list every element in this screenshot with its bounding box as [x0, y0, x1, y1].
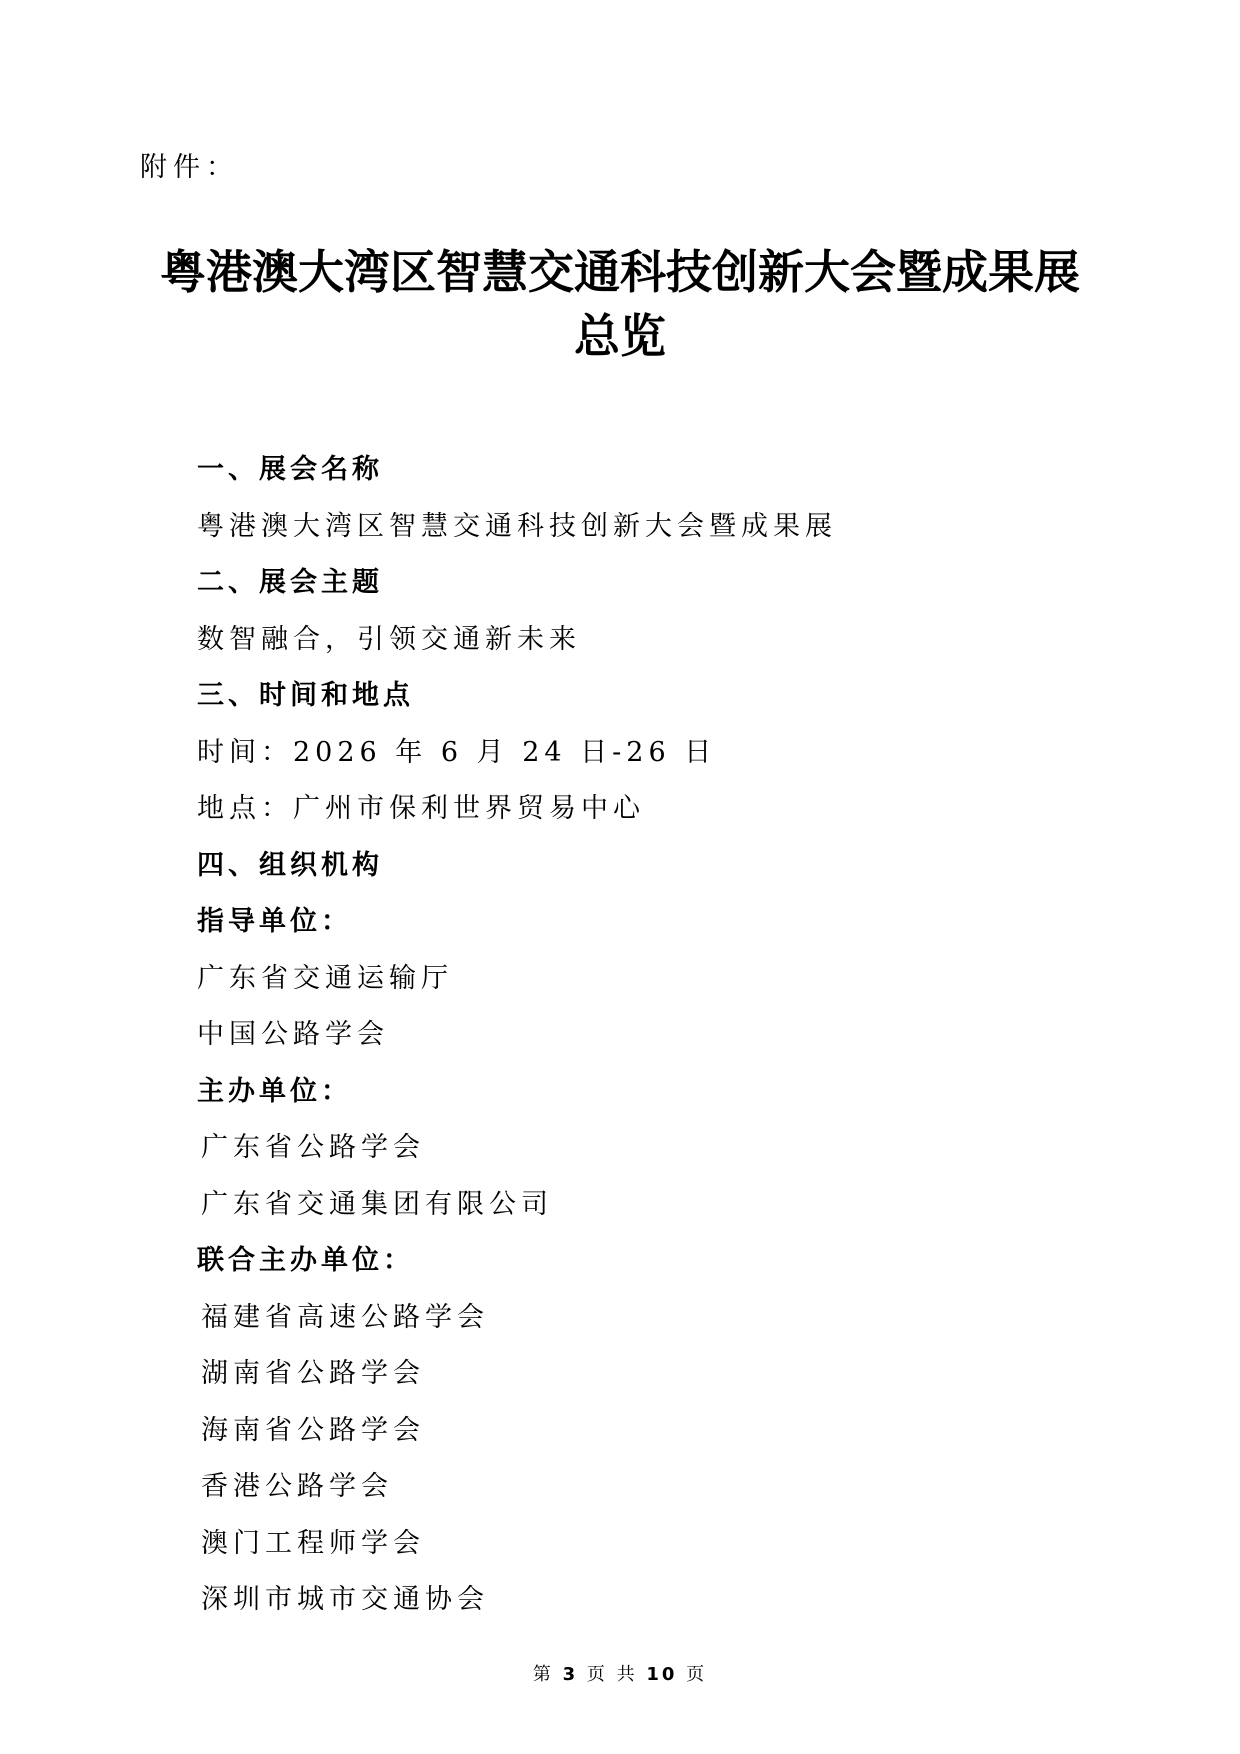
host-unit: 广东省公路学会: [197, 1128, 1097, 1185]
exhibition-time: 时间：2026 年 6 月 24 日-26 日: [197, 733, 1097, 790]
cohost-units-heading: 联合主办单位：: [197, 1241, 1097, 1298]
document-body: 一、展会名称 粤港澳大湾区智慧交通科技创新大会暨成果展 二、展会主题 数智融合，…: [197, 450, 1097, 1637]
exhibition-theme: 数智融合，引领交通新未来: [197, 620, 1097, 677]
guide-unit: 广东省交通运输厅: [197, 959, 1097, 1016]
cohost-unit: 澳门工程师学会: [197, 1524, 1097, 1581]
host-units-heading: 主办单位：: [197, 1072, 1097, 1129]
footer-prefix: 第: [533, 1664, 554, 1685]
cohost-unit: 福建省高速公路学会: [197, 1298, 1097, 1355]
page-footer: 第 3 页 共 10 页: [0, 1660, 1240, 1686]
cohost-unit: 湖南省公路学会: [197, 1354, 1097, 1411]
attachment-label: 附件：: [140, 145, 239, 184]
cohost-unit: 香港公路学会: [197, 1467, 1097, 1524]
guide-unit: 中国公路学会: [197, 1015, 1097, 1072]
total-pages-number: 10: [646, 1664, 677, 1685]
footer-middle: 页 共: [587, 1664, 638, 1685]
exhibition-name: 粤港澳大湾区智慧交通科技创新大会暨成果展: [197, 507, 1097, 564]
current-page-number: 3: [563, 1664, 579, 1685]
title-line-2: 总览: [0, 304, 1240, 368]
cohost-unit: 海南省公路学会: [197, 1411, 1097, 1468]
guide-units-heading: 指导单位：: [197, 902, 1097, 959]
document-title: 粤港澳大湾区智慧交通科技创新大会暨成果展 总览: [0, 240, 1240, 368]
section-heading-name: 一、展会名称: [197, 450, 1097, 507]
section-heading-time-place: 三、时间和地点: [197, 676, 1097, 733]
cohost-unit: 深圳市城市交通协会: [197, 1580, 1097, 1637]
footer-suffix: 页: [686, 1664, 707, 1685]
section-heading-organization: 四、组织机构: [197, 846, 1097, 903]
section-heading-theme: 二、展会主题: [197, 563, 1097, 620]
exhibition-place: 地点：广州市保利世界贸易中心: [197, 789, 1097, 846]
title-line-1: 粤港澳大湾区智慧交通科技创新大会暨成果展: [160, 245, 1080, 299]
host-unit: 广东省交通集团有限公司: [197, 1185, 1097, 1242]
